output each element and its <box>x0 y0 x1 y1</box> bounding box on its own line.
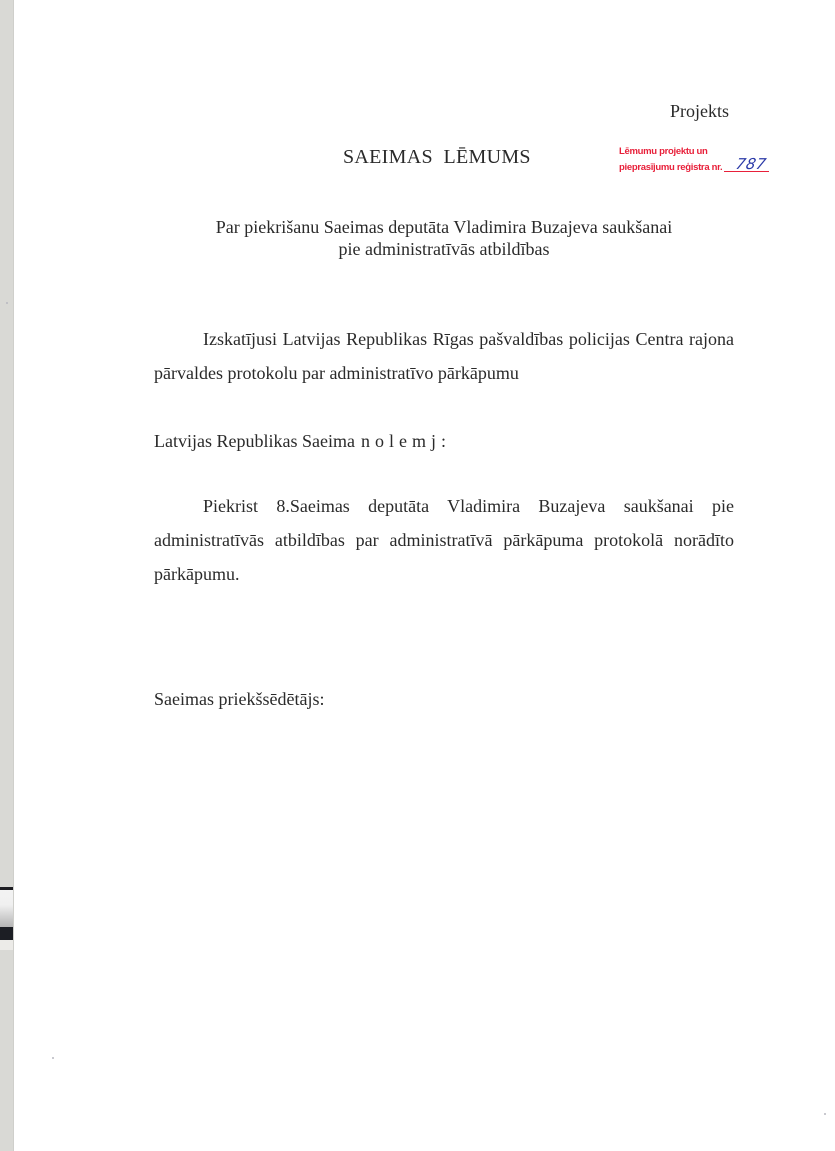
subject-line-2: pie administratīvās atbildības <box>154 238 734 260</box>
document-title: SAEIMAS LĒMUMS <box>343 145 531 169</box>
scan-speck <box>6 302 8 304</box>
document-page: Projekts SAEIMAS LĒMUMS Lēmumu projektu … <box>14 0 835 1151</box>
registration-number-field: 787 <box>724 159 769 172</box>
stamp-line-2-text: pieprasījumu reģistra nr. <box>619 162 722 173</box>
scan-artifact <box>0 940 13 950</box>
scan-artifact <box>0 890 13 927</box>
decides-prefix: Latvijas Republikas Saeima <box>154 431 355 451</box>
considering-paragraph: Izskatījusi Latvijas Republikas Rīgas pa… <box>154 322 734 390</box>
registry-stamp: Lēmumu projektu un pieprasījumu reģistra… <box>619 144 779 175</box>
decision-paragraph: Piekrist 8.Saeimas deputāta Vladimira Bu… <box>154 489 734 591</box>
scan-speck <box>52 1057 54 1059</box>
signature-label: Saeimas priekšsēdētājs: <box>154 682 324 716</box>
scan-border <box>0 0 14 1151</box>
scan-artifact <box>0 927 13 940</box>
decides-paragraph: Latvijas Republikas Saeimanolemj: <box>154 424 734 458</box>
decides-word: nolemj: <box>361 431 451 451</box>
draft-label: Projekts <box>670 100 729 122</box>
subject-line-1: Par piekrišanu Saeimas deputāta Vladimir… <box>154 216 734 238</box>
registration-number: 787 <box>735 157 768 172</box>
scan-speck <box>824 1113 826 1115</box>
stamp-line-2: pieprasījumu reģistra nr.787 <box>619 159 779 175</box>
document-subject: Par piekrišanu Saeimas deputāta Vladimir… <box>154 216 734 260</box>
